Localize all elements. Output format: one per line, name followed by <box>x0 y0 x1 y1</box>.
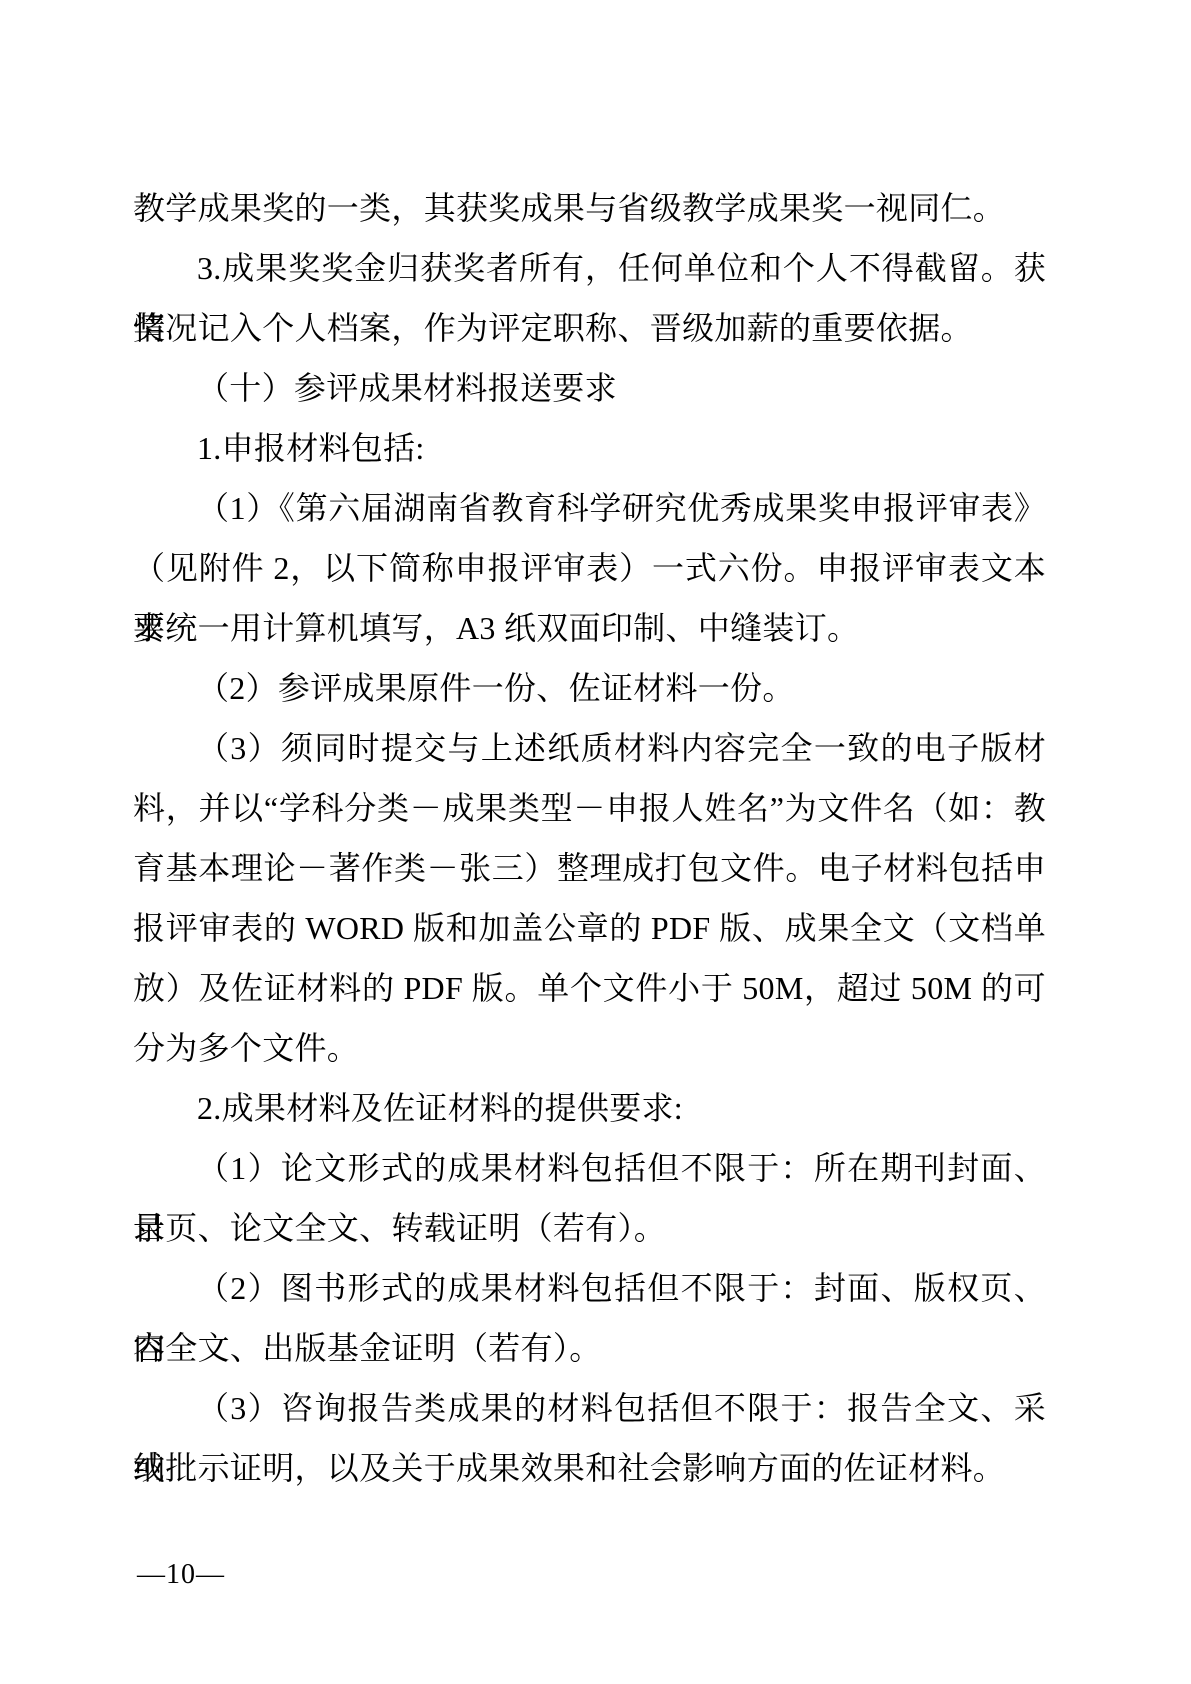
text-line: （2）参评成果原件一份、佐证材料一份。 <box>133 658 1046 718</box>
text-line: 1.申报材料包括: <box>133 418 1046 478</box>
page-number: —10— <box>137 1558 225 1592</box>
section-heading: （十）参评成果材料报送要求 <box>133 358 1046 418</box>
text-line: （见附件 2，以下简称申报评审表）一式六份。申报评审表文本要 <box>133 538 1046 598</box>
text-line: 分为多个文件。 <box>133 1018 1046 1078</box>
text-line: 求统一用计算机填写，A3 纸双面印制、中缝装订。 <box>133 598 1046 658</box>
text-line: （2）图书形式的成果材料包括但不限于：封面、版权页、内 <box>133 1258 1046 1318</box>
text-line: 放）及佐证材料的 PDF 版。单个文件小于 50M，超过 50M 的可 <box>133 958 1046 1018</box>
text-line: 3.成果奖奖金归获奖者所有，任何单位和个人不得截留。获奖 <box>133 238 1046 298</box>
text-line: 育基本理论－著作类－张三）整理成打包文件。电子材料包括申 <box>133 838 1046 898</box>
text-line: 教学成果奖的一类，其获奖成果与省级教学成果奖一视同仁。 <box>133 178 1046 238</box>
text-line: 情况记入个人档案，作为评定职称、晋级加薪的重要依据。 <box>133 298 1046 358</box>
text-line: 2.成果材料及佐证材料的提供要求: <box>133 1078 1046 1138</box>
text-line: 录页、论文全文、转载证明（若有）。 <box>133 1198 1046 1258</box>
text-line: 容全文、出版基金证明（若有）。 <box>133 1318 1046 1378</box>
text-line: 报评审表的 WORD 版和加盖公章的 PDF 版、成果全文（文档单 <box>133 898 1046 958</box>
text-line: （3）咨询报告类成果的材料包括但不限于：报告全文、采纳 <box>133 1378 1046 1438</box>
document-body: 教学成果奖的一类，其获奖成果与省级教学成果奖一视同仁。 3.成果奖奖金归获奖者所… <box>133 178 1046 1498</box>
text-line: （3）须同时提交与上述纸质材料内容完全一致的电子版材 <box>133 718 1046 778</box>
document-page: 教学成果奖的一类，其获奖成果与省级教学成果奖一视同仁。 3.成果奖奖金归获奖者所… <box>0 0 1191 1684</box>
text-line: （1）论文形式的成果材料包括但不限于：所在期刊封面、目 <box>133 1138 1046 1198</box>
text-line: （1）《第六届湖南省教育科学研究优秀成果奖申报评审表》 <box>133 478 1046 538</box>
text-line: 料，并以“学科分类－成果类型－申报人姓名”为文件名（如：教 <box>133 778 1046 838</box>
text-line: 或批示证明，以及关于成果效果和社会影响方面的佐证材料。 <box>133 1438 1046 1498</box>
